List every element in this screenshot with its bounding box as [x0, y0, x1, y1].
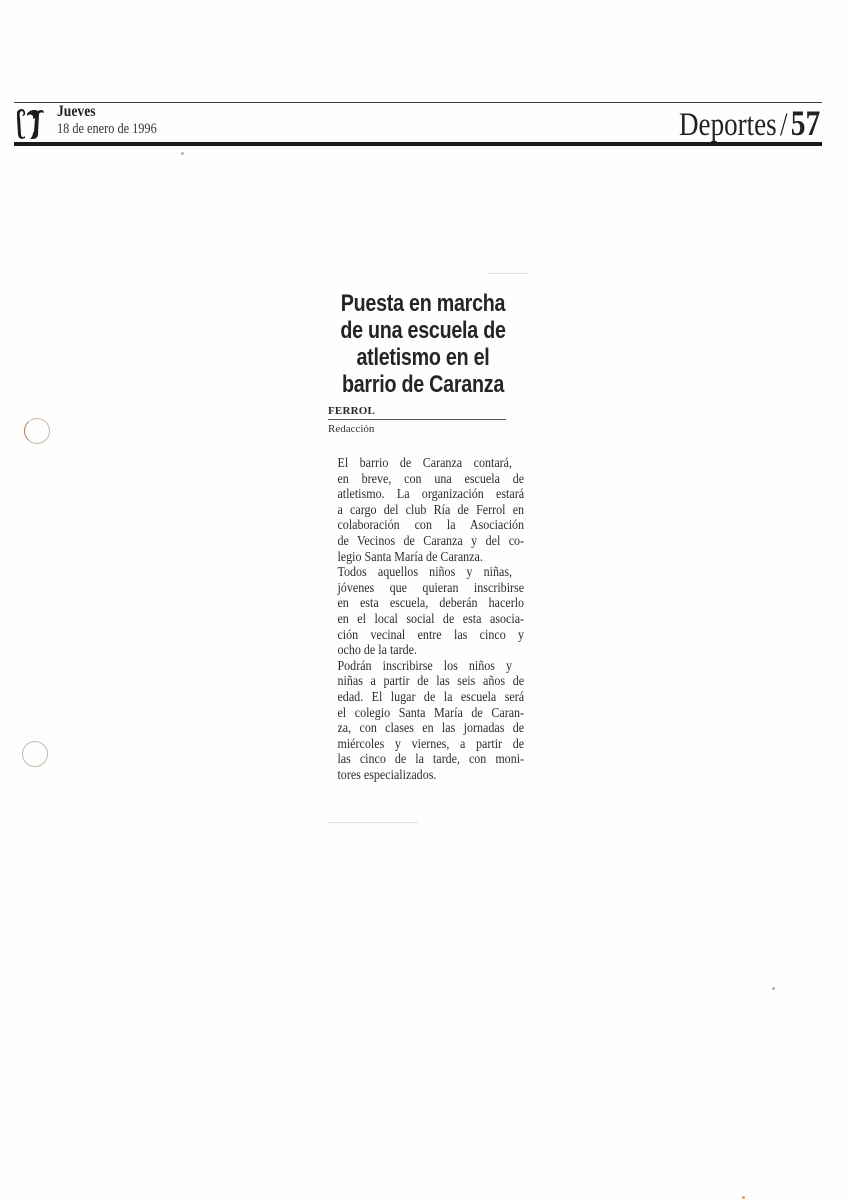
section-heading: Deportes/57: [679, 104, 820, 144]
header-thin-rule: [14, 102, 822, 103]
scan-artifact: [488, 273, 528, 274]
issue-date: 18 de enero de 1996: [57, 120, 157, 138]
byline-divider: [328, 419, 506, 420]
headline-line: atletismo en el: [337, 344, 509, 371]
text-line: en esta escuela, deberán hacerlo: [328, 596, 524, 612]
header-thick-rule: [14, 142, 822, 146]
punch-hole-mark: [24, 418, 50, 444]
dateline-city: FERROL: [328, 405, 375, 417]
text-line: en breve, con una escuela de: [328, 472, 524, 488]
text-line: el colegio Santa María de Caran-: [328, 706, 524, 722]
section-name: Deportes: [679, 107, 777, 143]
scan-speck: [742, 1196, 745, 1199]
text-line: en el local social de esta asocia-: [328, 612, 524, 628]
text-line: de Vecinos de Caranza y del co-: [328, 534, 524, 550]
issue-day: Jueves: [57, 103, 96, 121]
text-line: ocho de la tarde.: [328, 643, 524, 659]
headline-line: Puesta en marcha: [337, 290, 509, 317]
text-line: Todos aquellos niños y niñas,: [328, 565, 512, 581]
text-line: Podrán inscribirse los niños y: [328, 659, 512, 675]
headline-line: barrio de Caranza: [337, 371, 509, 398]
text-line: miércoles y viernes, a partir de: [328, 737, 524, 753]
article-headline: Puesta en marcha de una escuela de atlet…: [318, 290, 528, 398]
text-line: niñas a partir de las seis años de: [328, 674, 524, 690]
paragraph: Todos aquellos niños y niñas, jóvenes qu…: [328, 565, 524, 659]
section-separator: /: [780, 107, 788, 143]
newspaper-masthead-logo-icon: [14, 106, 46, 140]
article-body: El barrio de Caranza contará, en breve, …: [328, 456, 524, 783]
text-line: colaboración con la Asociación: [328, 518, 524, 534]
scan-artifact: [328, 822, 418, 823]
byline: Redacción: [328, 423, 374, 435]
text-line: a cargo del club Ría de Ferrol en: [328, 503, 524, 519]
text-line: tores especializados.: [328, 768, 524, 784]
page-number: 57: [790, 103, 820, 143]
text-line: za, con clases en las jornadas de: [328, 721, 524, 737]
paragraph: Podrán inscribirse los niños y niñas a p…: [328, 659, 524, 784]
scan-speck: [181, 152, 184, 155]
headline-line: de una escuela de: [337, 317, 509, 344]
paragraph: El barrio de Caranza contará, en breve, …: [328, 456, 524, 565]
text-line: las cinco de la tarde, con moni-: [328, 752, 524, 768]
text-line: legio Santa María de Caranza.: [328, 550, 524, 566]
text-line: edad. El lugar de la escuela será: [328, 690, 524, 706]
scan-speck: [772, 987, 775, 990]
text-line: El barrio de Caranza contará,: [328, 456, 512, 472]
text-line: ción vecinal entre las cinco y: [328, 628, 524, 644]
text-line: jóvenes que quieran inscribirse: [328, 581, 524, 597]
punch-hole-mark: [22, 741, 48, 767]
text-line: atletismo. La organización estará: [328, 487, 524, 503]
